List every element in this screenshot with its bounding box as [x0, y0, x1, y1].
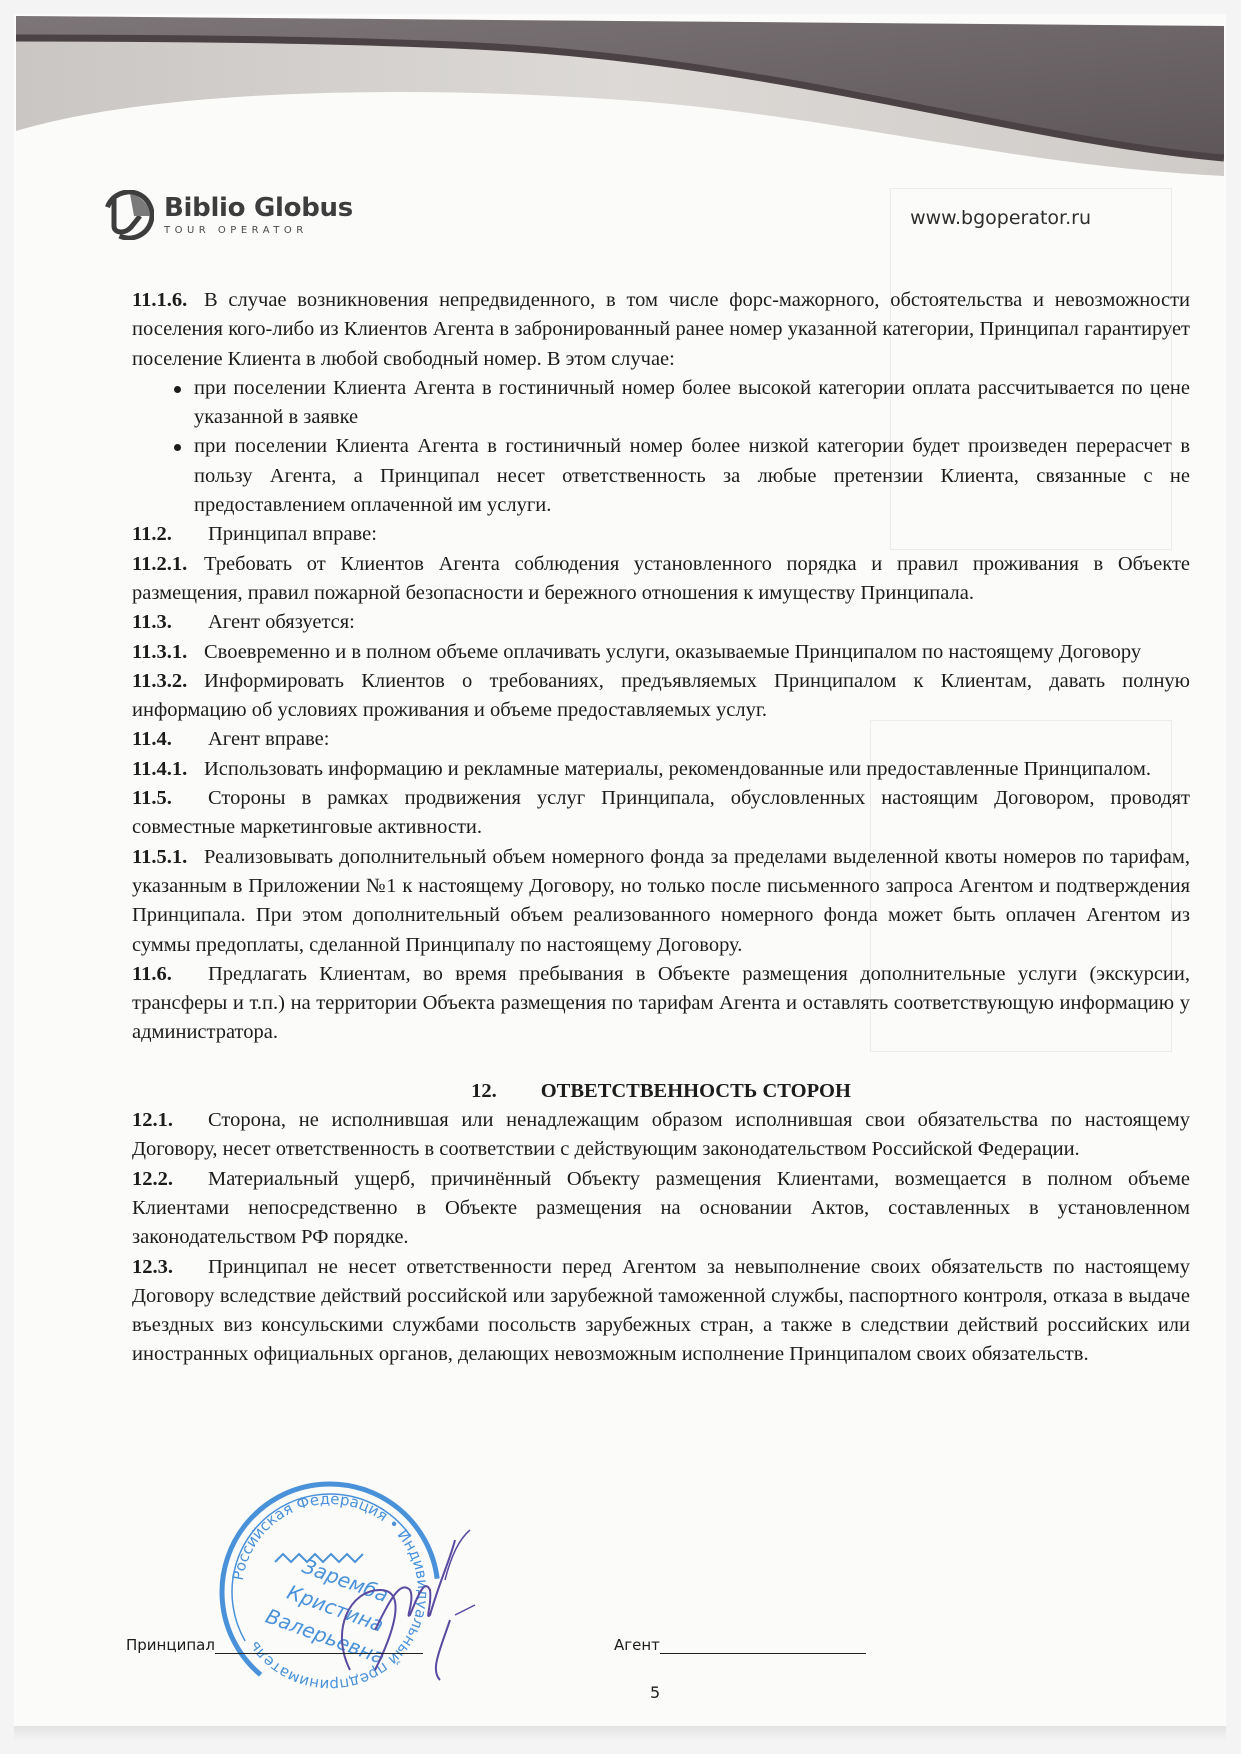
clause-number: 11.4.1. [132, 755, 204, 784]
bullet-icon [174, 444, 181, 451]
biblio-globus-logo-icon [104, 190, 154, 240]
clause-number: 11.3. [132, 608, 208, 637]
logo-name: Biblio Globus [164, 194, 353, 222]
clause-text: Принципал вправе: [208, 523, 377, 545]
clause-number: 11.1.6. [132, 286, 204, 315]
clause-11-4: 11.4.Агент вправе: [132, 725, 1190, 754]
clause-text: Своевременно и в полном объеме оплачиват… [204, 641, 1141, 663]
page-number: 5 [650, 1683, 660, 1702]
section-number: 12. [471, 1080, 497, 1102]
principal-label: Принципал [126, 1636, 215, 1654]
clause-text: Информировать Клиентов о требованиях, пр… [132, 670, 1190, 721]
clause-11-2: 11.2.Принципал вправе: [132, 520, 1190, 549]
clause-12-2: 12.2.Материальный ущерб, причинённый Объ… [132, 1165, 1190, 1253]
clause-11-6: 11.6.Предлагать Клиентам, во время пребы… [132, 960, 1190, 1048]
clause-11-4-1: 11.4.1.Использовать информацию и рекламн… [132, 755, 1190, 784]
clause-11-2-1: 11.2.1.Требовать от Клиентов Агента собл… [132, 550, 1190, 609]
section-heading: 12.ОТВЕТСТВЕННОСТЬ СТОРОН [132, 1077, 1190, 1106]
clause-number: 12.1. [132, 1106, 208, 1135]
clause-number: 11.3.1. [132, 638, 204, 667]
clause-text: Сторона, не исполнившая или ненадлежащим… [132, 1109, 1190, 1160]
clause-11-1-6: 11.1.6.В случае возникновения непредвиде… [132, 286, 1190, 374]
clause-11-5-1: 11.5.1.Реализовывать дополнительный объе… [132, 843, 1190, 960]
clause-number: 11.5. [132, 784, 208, 813]
clause-11-3: 11.3.Агент обязуется: [132, 608, 1190, 637]
clause-11-3-2: 11.3.2.Информировать Клиентов о требован… [132, 667, 1190, 726]
clause-11-3-1: 11.3.1.Своевременно и в полном объеме оп… [132, 638, 1190, 667]
clause-number: 11.4. [132, 725, 208, 754]
bullet-list: при поселении Клиента Агента в гостиничн… [132, 374, 1190, 520]
clause-12-1: 12.1.Сторона, не исполнившая или ненадле… [132, 1106, 1190, 1165]
section-title-text: ОТВЕТСТВЕННОСТЬ СТОРОН [541, 1080, 851, 1102]
company-logo: Biblio Globus TOUR OPERATOR [104, 190, 353, 240]
clause-number: 11.6. [132, 960, 208, 989]
clause-text: Принципал не несет ответственности перед… [132, 1256, 1190, 1366]
clause-text: Стороны в рамках продвижения услуг Принц… [132, 787, 1190, 838]
agent-signature-field: Агент [614, 1636, 866, 1654]
clause-text: Реализовывать дополнительный объем номер… [132, 846, 1190, 956]
clause-text: Агент обязуется: [208, 611, 355, 633]
logo-subtitle: TOUR OPERATOR [164, 225, 353, 236]
clause-text: Агент вправе: [208, 728, 329, 750]
list-item-text: при поселении Клиента Агента в гостиничн… [194, 377, 1190, 428]
bullet-icon [174, 386, 181, 393]
clause-11-5: 11.5.Стороны в рамках продвижения услуг … [132, 784, 1190, 843]
clause-12-3: 12.3.Принципал не несет ответственности … [132, 1253, 1190, 1370]
contract-body: 11.1.6.В случае возникновения непредвиде… [132, 286, 1190, 1370]
clause-number: 11.2. [132, 520, 208, 549]
agent-label: Агент [614, 1636, 660, 1654]
clause-number: 11.2.1. [132, 550, 204, 579]
clause-number: 12.3. [132, 1253, 208, 1282]
clause-text: В случае возникновения непредвиденного, … [132, 289, 1190, 370]
clause-number: 11.5.1. [132, 843, 204, 872]
clause-text: Использовать информацию и рекламные мате… [204, 758, 1151, 780]
clause-number: 11.3.2. [132, 667, 204, 696]
clause-text: Предлагать Клиентам, во время пребывания… [132, 963, 1190, 1044]
list-item: при поселении Клиента Агента в гостиничн… [132, 432, 1190, 520]
clause-text: Материальный ущерб, причинённый Объекту … [132, 1168, 1190, 1249]
scan-edge [14, 1726, 1226, 1740]
clause-text: Требовать от Клиентов Агента соблюдения … [132, 553, 1190, 604]
list-item: при поселении Клиента Агента в гостиничн… [132, 374, 1190, 433]
website-url: www.bgoperator.ru [910, 207, 1091, 229]
clause-number: 12.2. [132, 1165, 208, 1194]
principal-signature-line [215, 1639, 423, 1654]
header-banner [16, 16, 1224, 176]
agent-signature-line [660, 1639, 866, 1654]
list-item-text: при поселении Клиента Агента в гостиничн… [194, 435, 1190, 516]
principal-signature-field: Принципал [126, 1636, 423, 1654]
